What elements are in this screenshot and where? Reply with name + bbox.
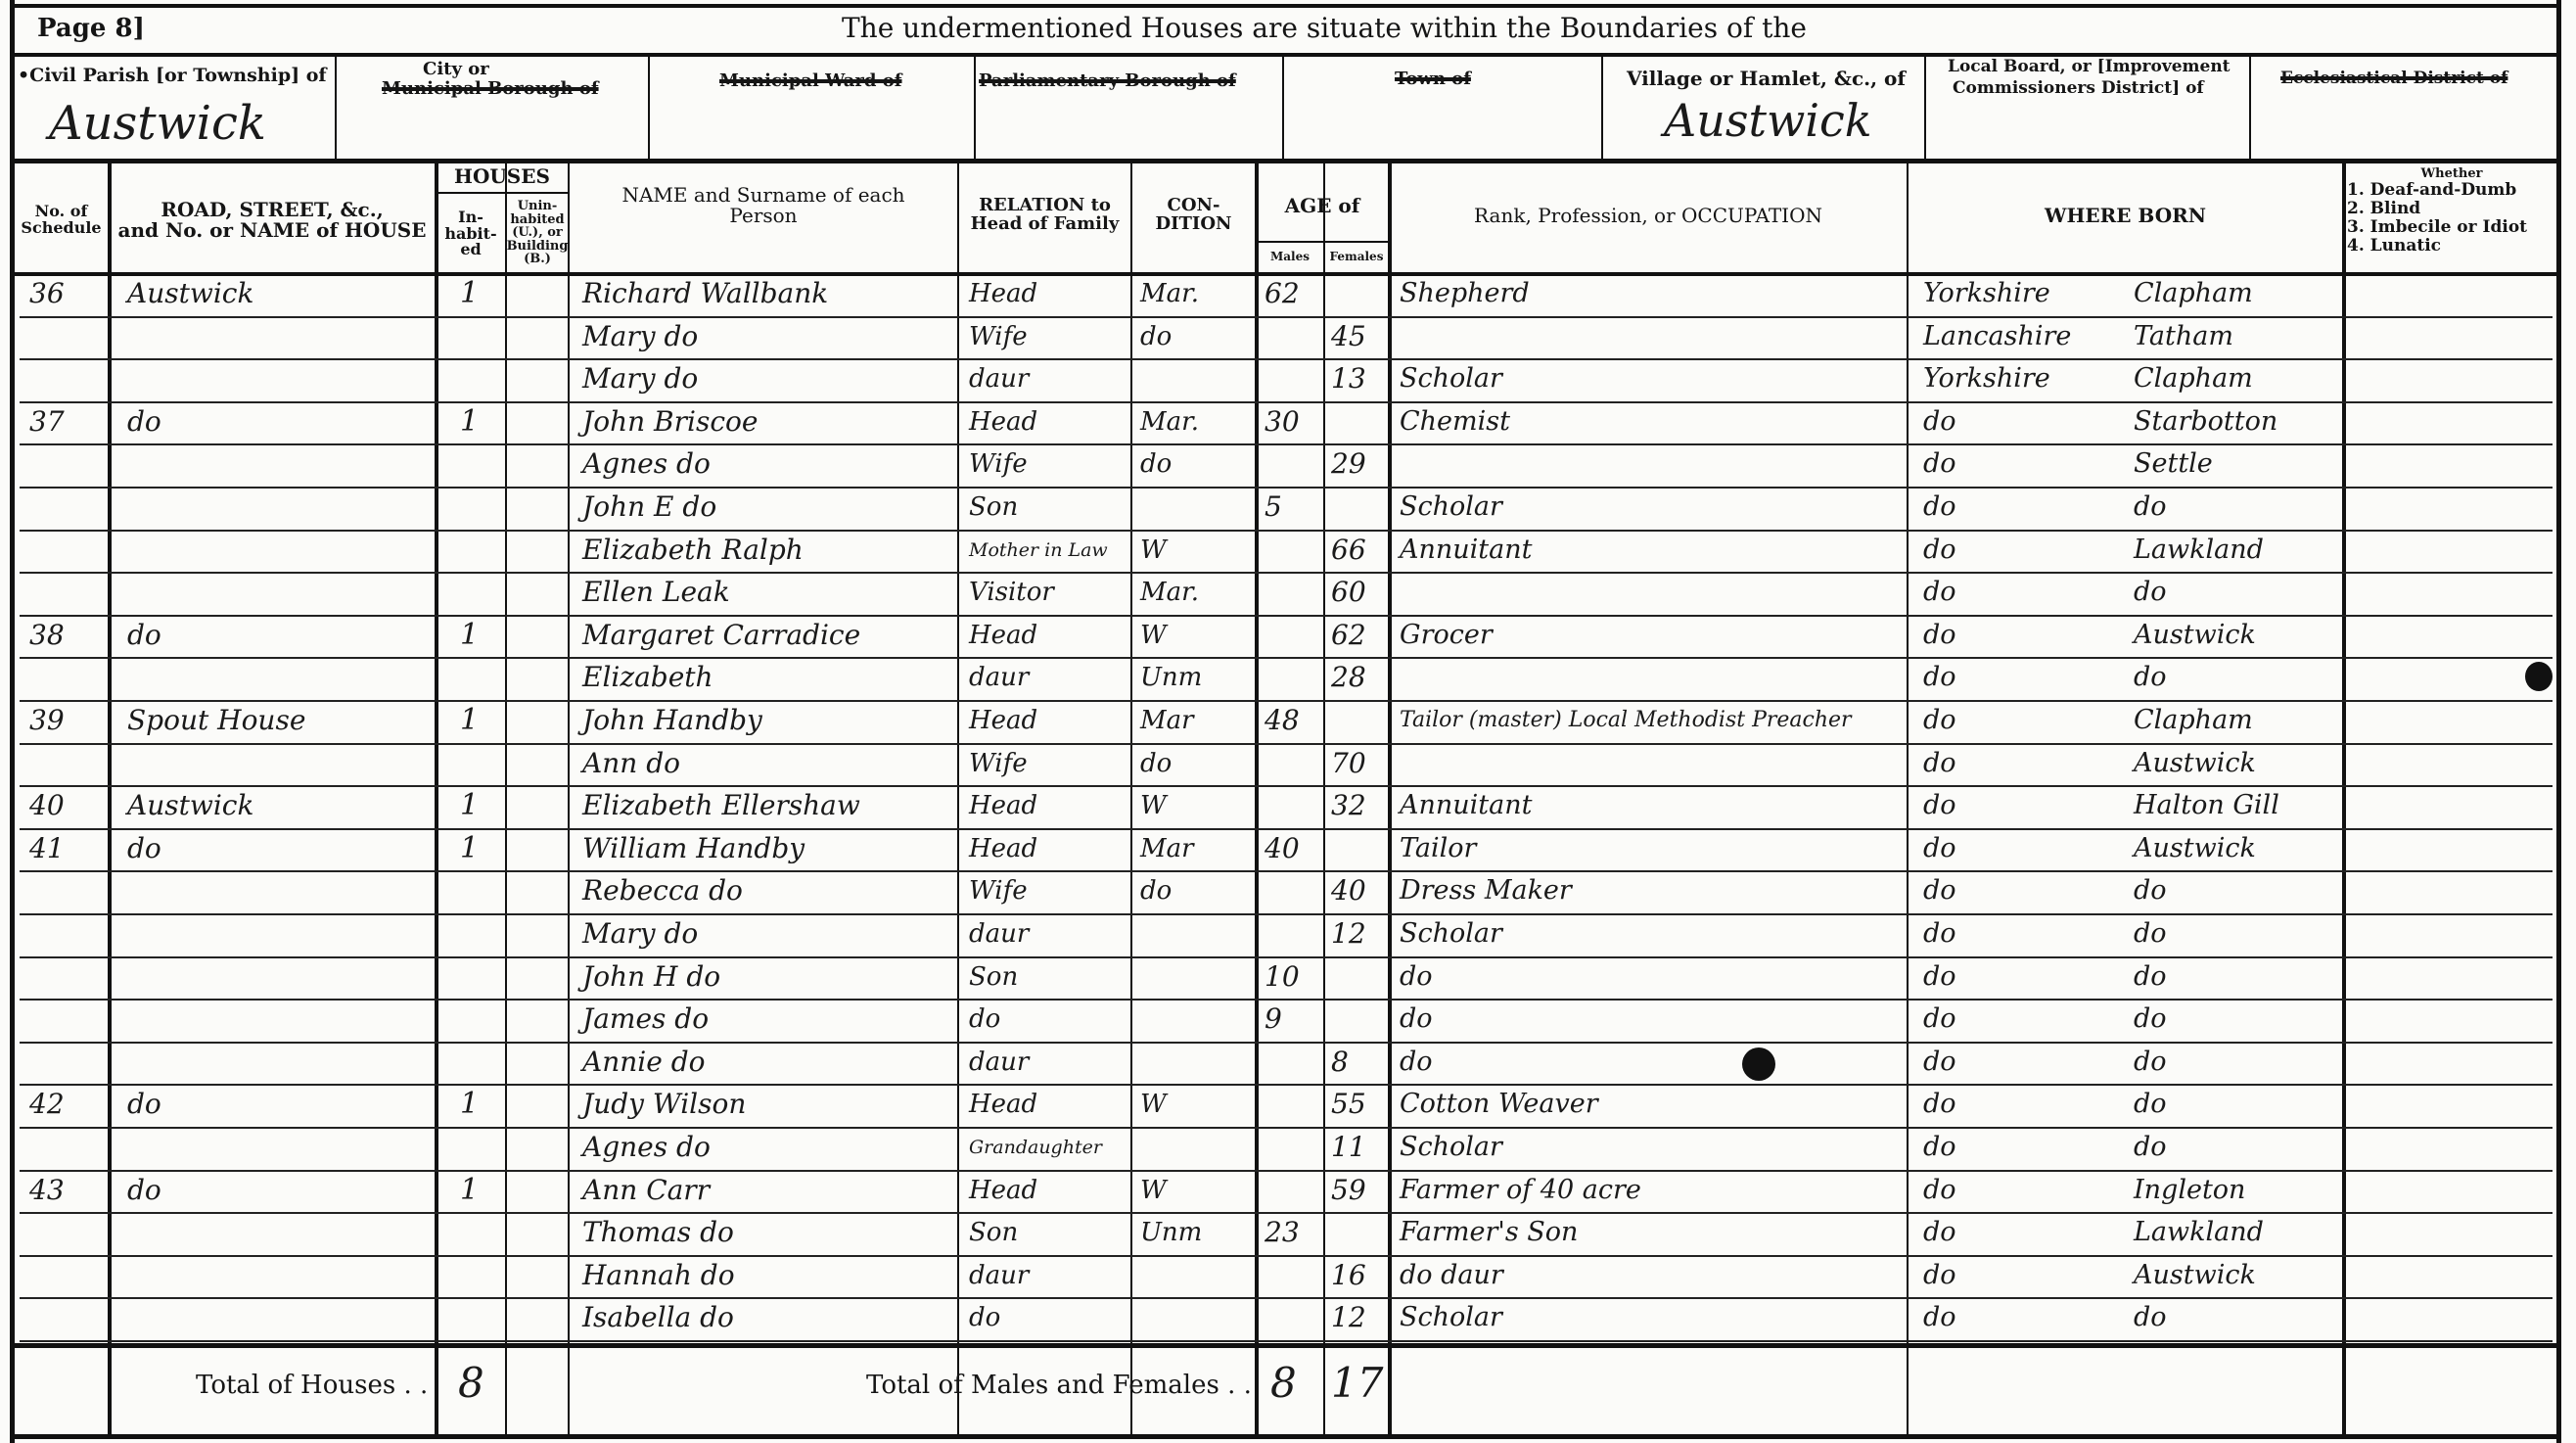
cell-occupation: Shepherd <box>1400 272 1530 315</box>
cell-born-county: do <box>1923 571 1956 614</box>
cell-name: Rebecca do <box>582 869 743 912</box>
col-road-line1: ROAD, STREET, &c., <box>161 200 383 220</box>
cell-condition: Mar. <box>1140 272 1199 315</box>
row-rule <box>20 572 2553 574</box>
total-females-value: 17 <box>1331 1359 1383 1407</box>
cell-relation: Wife <box>969 315 1028 358</box>
cell-female-age: 12 <box>1331 1296 1366 1339</box>
col-schedule: No. of Schedule <box>15 171 108 269</box>
cell-born-county: do <box>1923 1254 1956 1297</box>
cell-male-age: 30 <box>1265 400 1300 443</box>
total-houses-value: 8 <box>458 1359 484 1407</box>
cell-born-place: Starbotton <box>2134 400 2277 443</box>
cell-occupation: do <box>1400 955 1433 999</box>
cell-female-age: 32 <box>1331 784 1366 827</box>
cell-condition: do <box>1140 315 1172 358</box>
col-occupation: Rank, Profession, or OCCUPATION <box>1390 176 1907 255</box>
cell-schedule: 42 <box>29 1083 65 1126</box>
cell-occupation: Scholar <box>1400 1126 1502 1169</box>
row-rule <box>20 1084 2553 1086</box>
cell-schedule: 40 <box>29 784 65 827</box>
cell-female-age: 45 <box>1331 315 1366 358</box>
cell-born-county: do <box>1923 656 1956 699</box>
cell-inhabited: 1 <box>460 272 479 315</box>
cell-relation: Mother in Law <box>969 529 1108 572</box>
cell-schedule: 41 <box>29 827 65 870</box>
cell-born-place: do <box>2134 1296 2167 1339</box>
cell-born-place: Lawkland <box>2134 529 2264 572</box>
total-males-value: 8 <box>1270 1359 1297 1407</box>
infirmity-2: 2. Blind <box>2347 200 2556 218</box>
town-label: Town of <box>1395 69 1471 89</box>
top-rule <box>10 4 2561 8</box>
cell-born-county: Yorkshire <box>1923 357 2050 400</box>
cell-name: Isabella do <box>582 1296 734 1339</box>
cell-born-county: do <box>1923 1169 1956 1212</box>
cell-female-age: 40 <box>1331 869 1366 912</box>
cell-relation: daur <box>969 656 1029 699</box>
cell-occupation: do <box>1400 998 1433 1041</box>
total-persons-label: Total of Males and Females . . <box>866 1371 1252 1400</box>
cell-relation: daur <box>969 912 1029 955</box>
cell-relation: Head <box>969 1169 1037 1212</box>
col-infirmity: Whether 1. Deaf-and-Dumb 2. Blind 3. Imb… <box>2347 166 2556 272</box>
parliamentary-borough-label: Parliamentary Borough of <box>979 70 1236 91</box>
cell-male-age: 10 <box>1265 955 1300 999</box>
col-name-line1: NAME and Surname of each <box>621 185 904 206</box>
cell-relation: Son <box>969 1211 1018 1254</box>
cell-relation: Wife <box>969 442 1028 486</box>
cell-born-place: do <box>2134 955 2167 999</box>
cell-born-place: Lawkland <box>2134 1211 2264 1254</box>
cell-born-place: do <box>2134 869 2167 912</box>
cell-schedule: 37 <box>29 400 65 443</box>
cell-born-place: do <box>2134 998 2167 1041</box>
cell-born-county: do <box>1923 442 1956 486</box>
census-page: Page 8] The undermentioned Houses are si… <box>0 0 2576 1443</box>
banner-text: The undermentioned Houses are situate wi… <box>842 12 1807 44</box>
column-divider <box>2342 163 2346 1435</box>
cell-inhabited: 1 <box>460 827 479 870</box>
cell-relation: Head <box>969 784 1037 827</box>
col-age: AGE of <box>1257 176 1388 235</box>
local-board-label: Local Board, or [Improvement <box>1948 57 2231 76</box>
cell-born-county: do <box>1923 614 1956 657</box>
row-rule <box>20 1042 2553 1044</box>
cell-born-place: do <box>2134 1041 2167 1084</box>
cell-schedule: 39 <box>29 699 65 742</box>
cell-male-age: 23 <box>1265 1211 1300 1254</box>
cell-occupation: Annuitant <box>1400 784 1533 827</box>
ink-blot <box>1742 1047 1775 1081</box>
city-label: City or <box>423 59 489 79</box>
cell-condition: W <box>1140 1169 1167 1212</box>
column-divider <box>435 163 438 1435</box>
cell-occupation: Scholar <box>1400 486 1502 529</box>
cell-name: John E do <box>582 486 716 529</box>
page-number: Page 8] <box>37 14 145 43</box>
cell-female-age: 8 <box>1331 1041 1349 1084</box>
cell-condition: do <box>1140 442 1172 486</box>
cell-born-county: do <box>1923 529 1956 572</box>
cell-occupation: do <box>1400 1041 1433 1084</box>
cell-born-county: do <box>1923 955 1956 999</box>
cell-road: Spout House <box>127 699 305 742</box>
cell-name: John H do <box>582 955 720 999</box>
cell-born-county: do <box>1923 827 1956 870</box>
cell-occupation: Tailor <box>1400 827 1476 870</box>
cell-born-county: do <box>1923 1296 1956 1339</box>
column-divider <box>957 163 959 1435</box>
cell-born-county: do <box>1923 742 1956 785</box>
cell-condition: W <box>1140 529 1167 572</box>
cell-relation: Son <box>969 486 1018 529</box>
column-divider <box>1907 163 1909 1435</box>
cell-born-county: Yorkshire <box>1923 272 2050 315</box>
cell-condition: W <box>1140 614 1167 657</box>
row-rule <box>20 1340 2553 1342</box>
cell-name: Mary do <box>582 357 698 400</box>
cell-name: James do <box>582 998 709 1041</box>
total-houses-label: Total of Houses . . <box>196 1371 428 1400</box>
cell-occupation: Annuitant <box>1400 529 1533 572</box>
cell-born-county: do <box>1923 784 1956 827</box>
municipal-ward-label: Municipal Ward of <box>719 70 902 91</box>
cell-born-county: do <box>1923 912 1956 955</box>
col-name-line2: Person <box>729 206 797 226</box>
cell-name: Richard Wallbank <box>582 272 828 315</box>
cell-road: Austwick <box>127 784 253 827</box>
cell-relation: Grandaughter <box>969 1126 1102 1169</box>
cell-name: John Handby <box>582 699 762 742</box>
cell-condition: do <box>1140 869 1172 912</box>
cell-relation: Visitor <box>969 571 1054 614</box>
cell-born-county: do <box>1923 486 1956 529</box>
cell-born-county: do <box>1923 699 1956 742</box>
cell-born-place: Tatham <box>2134 315 2233 358</box>
col-inhabited: In-habit-ed <box>437 196 505 272</box>
col-where-born: WHERE BORN <box>1909 176 2342 255</box>
cell-inhabited: 1 <box>460 400 479 443</box>
cell-condition: Unm <box>1140 656 1202 699</box>
cell-inhabited: 1 <box>460 699 479 742</box>
cell-occupation: Chemist <box>1400 400 1510 443</box>
cell-male-age: 5 <box>1265 486 1282 529</box>
commissioners-label: Commissioners District] of <box>1953 78 2204 98</box>
cell-occupation: Scholar <box>1400 357 1502 400</box>
cell-relation: do <box>969 1296 1000 1339</box>
cell-female-age: 12 <box>1331 912 1366 955</box>
cell-schedule: 36 <box>29 272 65 315</box>
cell-relation: do <box>969 998 1000 1041</box>
cell-female-age: 28 <box>1331 656 1366 699</box>
totals-rule <box>10 1343 2561 1348</box>
cell-name: John Briscoe <box>582 400 758 443</box>
cell-name: Judy Wilson <box>582 1083 746 1126</box>
row-rule <box>20 913 2553 915</box>
row-rule <box>20 999 2553 1001</box>
cell-occupation: Cotton Weaver <box>1400 1083 1598 1126</box>
cell-relation: Head <box>969 272 1037 315</box>
cell-road: do <box>127 1083 161 1126</box>
cell-name: Annie do <box>582 1041 706 1084</box>
cell-occupation: Tailor (master) Local Methodist Preacher <box>1400 699 1852 742</box>
cell-born-county: do <box>1923 400 1956 443</box>
col-name: NAME and Surname of each Person <box>570 171 957 240</box>
col-condition: CON-DITION <box>1132 176 1255 255</box>
cell-road: Austwick <box>127 272 253 315</box>
row-rule <box>20 1297 2553 1299</box>
cell-condition: Mar <box>1140 699 1194 742</box>
col-road-line2: and No. or NAME of HOUSE <box>118 220 427 241</box>
cell-relation: Head <box>969 1083 1037 1126</box>
cell-born-place: Austwick <box>2134 614 2256 657</box>
cell-occupation: Farmer's Son <box>1400 1211 1578 1254</box>
cell-name: Elizabeth Ellershaw <box>582 784 860 827</box>
column-divider <box>505 163 507 1435</box>
cell-born-place: Clapham <box>2134 699 2253 742</box>
cell-born-county: Lancashire <box>1923 315 2071 358</box>
cell-born-place: do <box>2134 912 2167 955</box>
column-divider <box>1323 163 1325 1435</box>
col-road: ROAD, STREET, &c., and No. or NAME of HO… <box>110 171 435 269</box>
cell-born-county: do <box>1923 1083 1956 1126</box>
village-label: Village or Hamlet, &c., of <box>1627 67 1906 90</box>
cell-relation: daur <box>969 1041 1029 1084</box>
cell-relation: Son <box>969 955 1018 999</box>
cell-occupation: Scholar <box>1400 912 1502 955</box>
cell-road: do <box>127 614 161 657</box>
cell-name: Elizabeth <box>582 656 713 699</box>
cell-born-place: do <box>2134 656 2167 699</box>
col-relation: RELATION to Head of Family <box>959 176 1130 255</box>
cell-born-county: do <box>1923 1126 1956 1169</box>
cell-inhabited: 1 <box>460 784 479 827</box>
cell-name: Mary do <box>582 315 698 358</box>
cell-relation: daur <box>969 357 1029 400</box>
cell-relation: Wife <box>969 869 1028 912</box>
civil-parish-value: Austwick <box>49 96 266 151</box>
cell-schedule: 38 <box>29 614 65 657</box>
col-females: Females <box>1325 243 1388 270</box>
cell-name: Thomas do <box>582 1211 734 1254</box>
cell-born-place: do <box>2134 1083 2167 1126</box>
cell-schedule: 43 <box>29 1169 65 1212</box>
cell-name: Hannah do <box>582 1254 735 1297</box>
cell-male-age: 9 <box>1265 998 1282 1041</box>
cell-born-place: Settle <box>2134 442 2213 486</box>
cell-inhabited: 1 <box>460 1083 479 1126</box>
column-divider <box>568 163 570 1435</box>
cell-born-place: Austwick <box>2134 1254 2256 1297</box>
cell-relation: Head <box>969 699 1037 742</box>
cell-female-age: 13 <box>1331 357 1366 400</box>
cell-born-place: Halton Gill <box>2134 784 2279 827</box>
locality-rule <box>10 159 2561 163</box>
cell-born-place: Clapham <box>2134 272 2253 315</box>
cell-occupation: Dress Maker <box>1400 869 1572 912</box>
cell-born-place: do <box>2134 571 2167 614</box>
cell-relation: Head <box>969 400 1037 443</box>
row-rule <box>20 487 2553 489</box>
cell-female-age: 16 <box>1331 1254 1366 1297</box>
cell-name: Agnes do <box>582 1126 711 1169</box>
bottom-rule <box>10 1434 2561 1439</box>
cell-occupation: Farmer of 40 acre <box>1400 1169 1641 1212</box>
cell-relation: Head <box>969 614 1037 657</box>
cell-condition: W <box>1140 784 1167 827</box>
cell-name: Elizabeth Ralph <box>582 529 804 572</box>
column-divider <box>108 163 112 1435</box>
civil-parish-label: •Civil Parish [or Township] of <box>18 65 327 86</box>
cell-female-age: 59 <box>1331 1169 1366 1212</box>
row-rule <box>20 870 2553 872</box>
right-border <box>2556 0 2561 1443</box>
cell-born-county: do <box>1923 1211 1956 1254</box>
cell-relation: Head <box>969 827 1037 870</box>
infirmity-3: 3. Imbecile or Idiot <box>2347 218 2556 237</box>
cell-male-age: 48 <box>1265 699 1300 742</box>
cell-relation: daur <box>969 1254 1029 1297</box>
infirmity-title: Whether <box>2347 166 2556 181</box>
col-males: Males <box>1257 243 1323 270</box>
cell-occupation: Scholar <box>1400 1296 1502 1339</box>
cell-name: Mary do <box>582 912 698 955</box>
column-divider <box>1255 163 1259 1435</box>
cell-name: Agnes do <box>582 442 711 486</box>
cell-road: do <box>127 827 161 870</box>
cell-male-age: 62 <box>1265 272 1300 315</box>
cell-female-age: 55 <box>1331 1083 1366 1126</box>
cell-name: Ellen Leak <box>582 571 730 614</box>
ecclesiastical-label: Ecclesiastical District of <box>2280 69 2507 88</box>
cell-condition: Mar. <box>1140 571 1199 614</box>
cell-born-place: Austwick <box>2134 742 2256 785</box>
municipal-borough-label: Municipal Borough of <box>382 78 599 99</box>
village-value: Austwick <box>1664 94 1872 147</box>
cell-road: do <box>127 1169 161 1212</box>
cell-female-age: 70 <box>1331 742 1366 785</box>
ink-blot <box>2525 662 2553 691</box>
cell-condition: W <box>1140 1083 1167 1126</box>
column-divider <box>1388 163 1392 1435</box>
cell-condition: Unm <box>1140 1211 1202 1254</box>
cell-occupation: Grocer <box>1400 614 1493 657</box>
col-uninhabited: Unin-habited (U.), or Building (B.) <box>507 194 568 272</box>
cell-inhabited: 1 <box>460 614 479 657</box>
cell-born-place: Clapham <box>2134 357 2253 400</box>
cell-female-age: 11 <box>1331 1126 1366 1169</box>
cell-born-county: do <box>1923 998 1956 1041</box>
cell-born-county: do <box>1923 1041 1956 1084</box>
cell-condition: Mar. <box>1140 400 1199 443</box>
cell-name: Ann Carr <box>582 1169 710 1212</box>
cell-condition: do <box>1140 742 1172 785</box>
cell-born-county: do <box>1923 869 1956 912</box>
cell-female-age: 60 <box>1331 571 1366 614</box>
cell-female-age: 62 <box>1331 614 1366 657</box>
infirmity-1: 1. Deaf-and-Dumb <box>2347 181 2556 200</box>
cell-born-place: Austwick <box>2134 827 2256 870</box>
cell-road: do <box>127 400 161 443</box>
infirmity-4: 4. Lunatic <box>2347 237 2556 256</box>
cell-name: William Handby <box>582 827 805 870</box>
cell-name: Ann do <box>582 742 680 785</box>
cell-inhabited: 1 <box>460 1169 479 1212</box>
cell-female-age: 29 <box>1331 442 1366 486</box>
cell-name: Margaret Carradice <box>582 614 860 657</box>
column-divider <box>1130 163 1132 1435</box>
cell-born-place: do <box>2134 1126 2167 1169</box>
cell-male-age: 40 <box>1265 827 1300 870</box>
cell-born-place: Ingleton <box>2134 1169 2245 1212</box>
cell-female-age: 66 <box>1331 529 1366 572</box>
row-rule <box>20 657 2553 659</box>
cell-occupation: do daur <box>1400 1254 1503 1297</box>
cell-relation: Wife <box>969 742 1028 785</box>
cell-condition: Mar <box>1140 827 1194 870</box>
cell-born-place: do <box>2134 486 2167 529</box>
row-rule <box>20 1127 2553 1129</box>
col-houses: HOUSES <box>437 164 568 188</box>
